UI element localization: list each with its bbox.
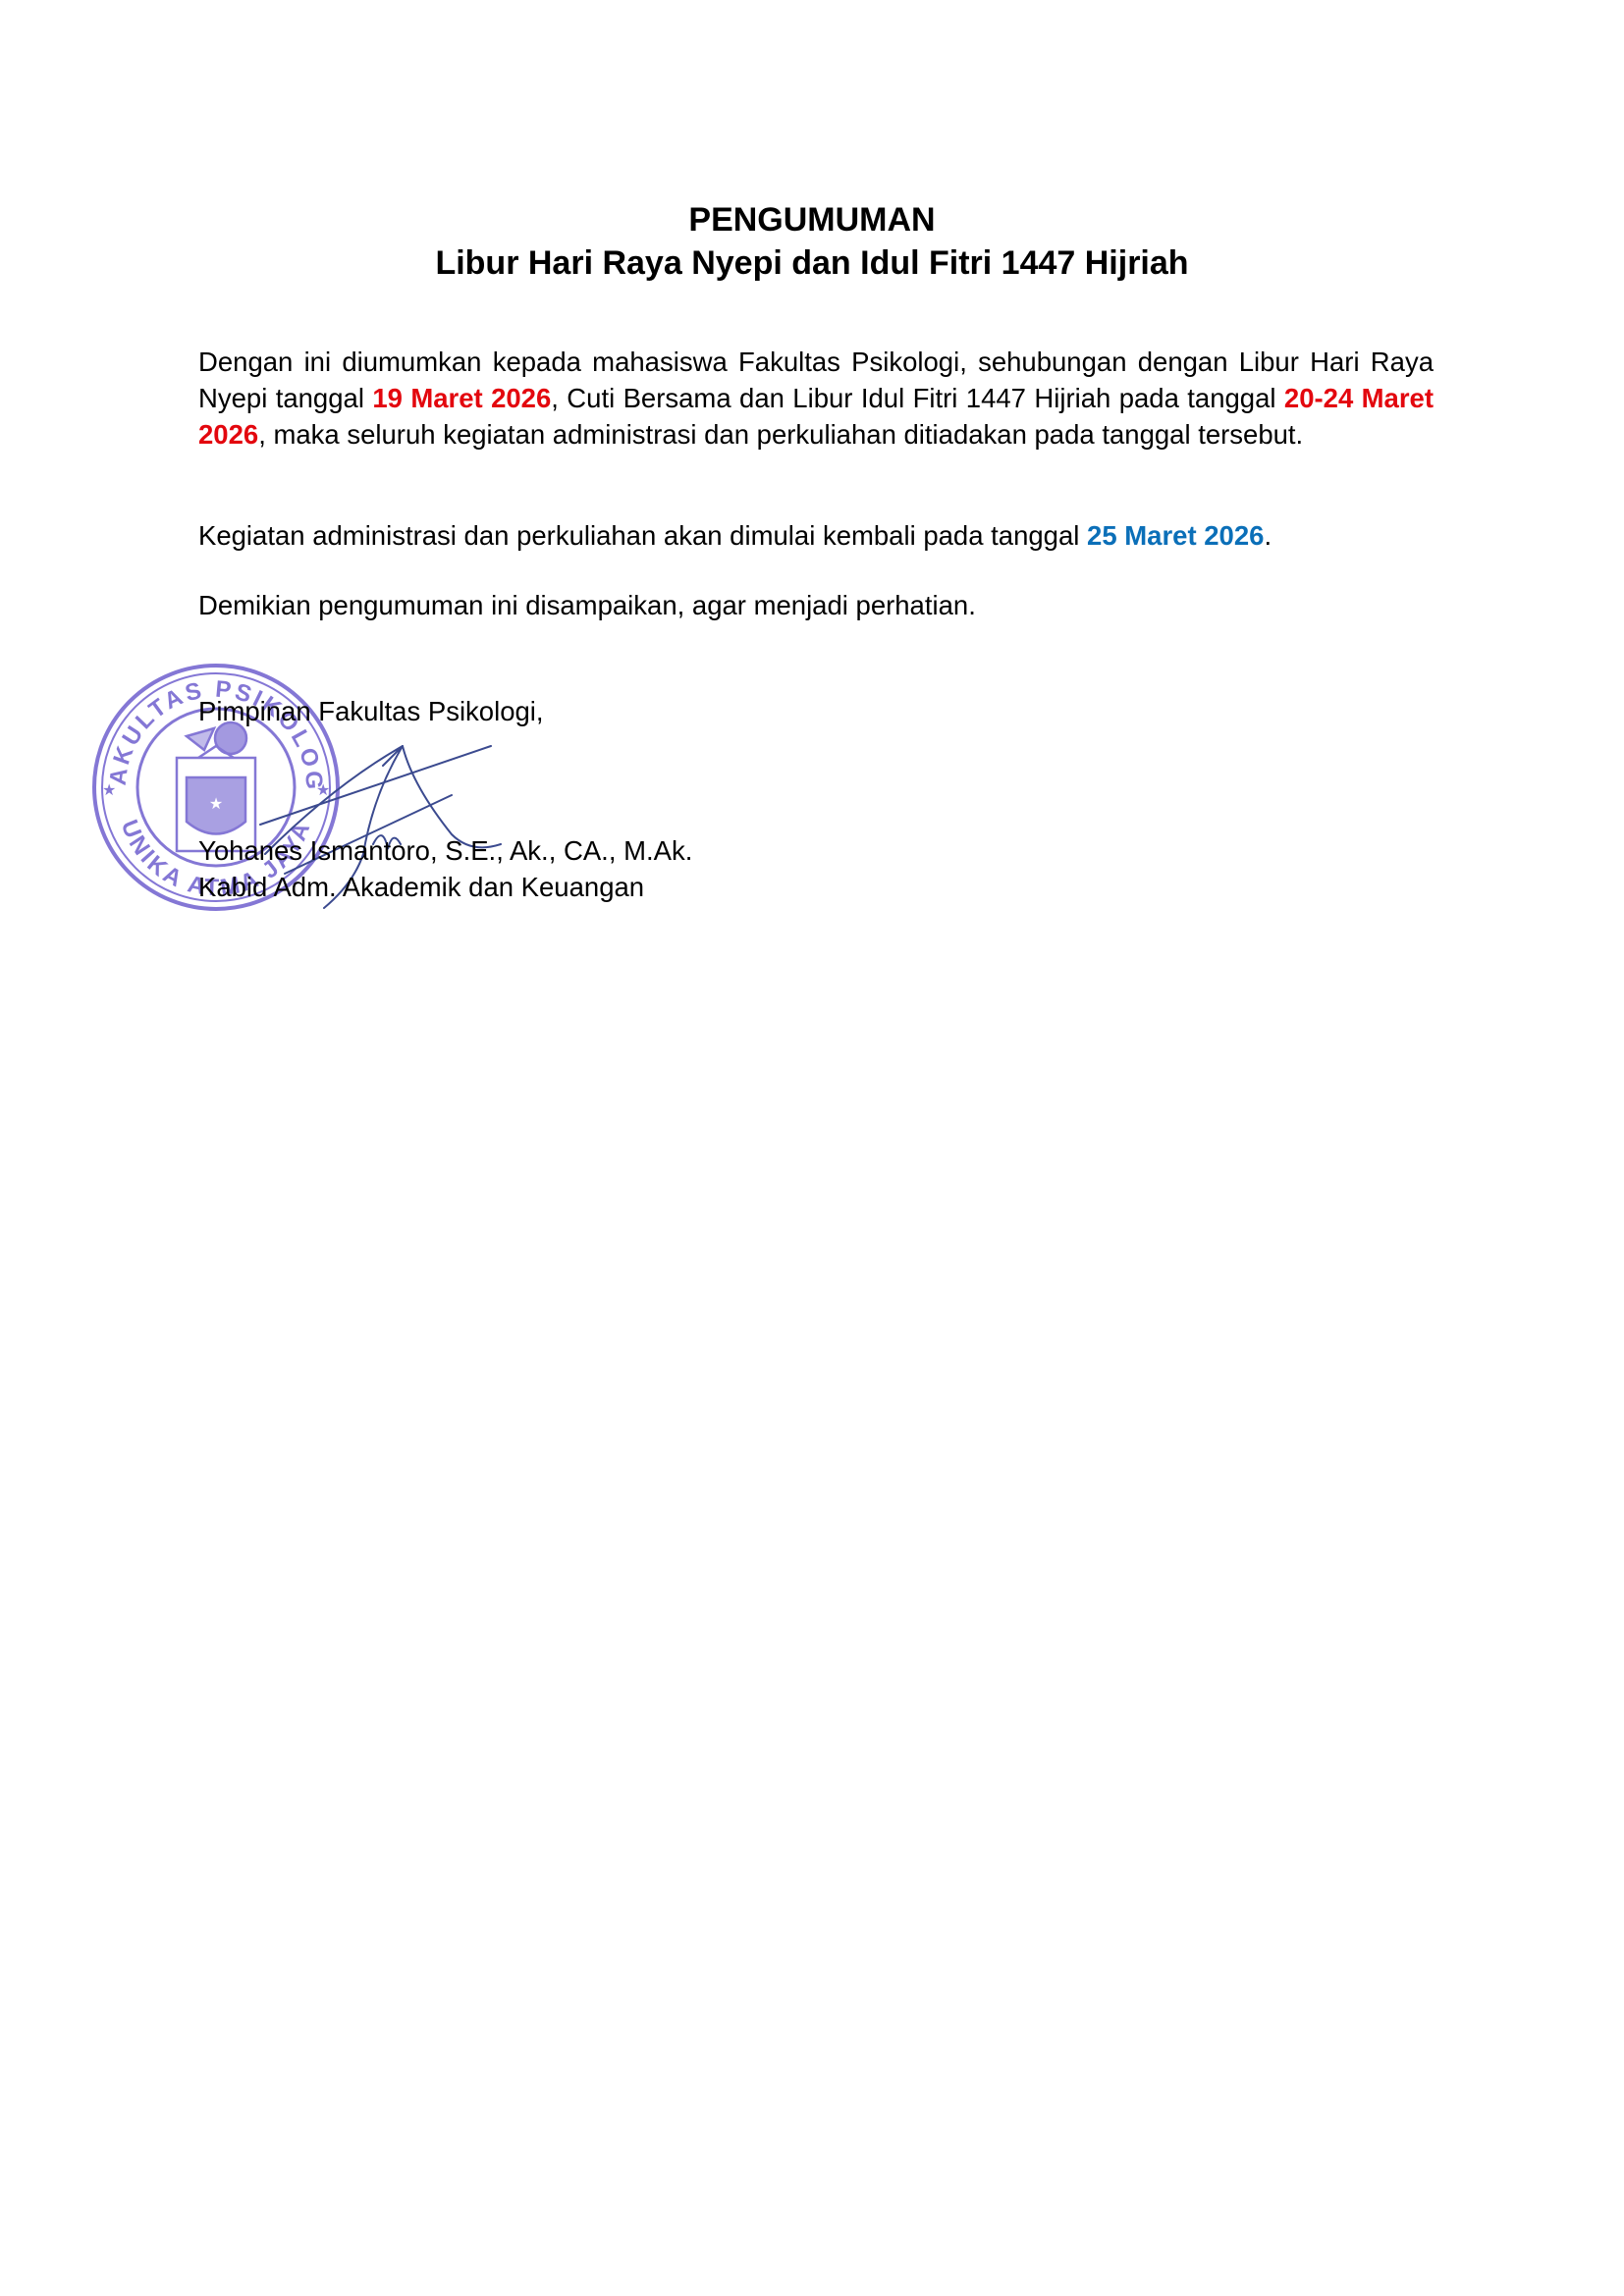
paragraph-closing: Demikian pengumuman ini disampaikan, aga… <box>198 587 1434 623</box>
paragraph-text: , maka seluruh kegiatan administrasi dan… <box>258 419 1303 450</box>
signature-opening: Pimpinan Fakultas Psikologi, <box>198 693 544 729</box>
paragraph-text: Kegiatan administrasi dan perkuliahan ak… <box>198 520 1087 551</box>
nyepi-date: 19 Maret 2026 <box>372 383 551 413</box>
title-block: PENGUMUMAN Libur Hari Raya Nyepi dan Idu… <box>0 198 1624 285</box>
announcement-page: PENGUMUMAN Libur Hari Raya Nyepi dan Idu… <box>0 0 1624 2296</box>
paragraph-text: , Cuti Bersama dan Libur Idul Fitri 1447… <box>551 383 1284 413</box>
svg-text:★: ★ <box>209 796 223 813</box>
svg-text:★: ★ <box>102 782 116 799</box>
resume-date: 25 Maret 2026 <box>1087 520 1264 551</box>
paragraph-text: . <box>1264 520 1272 551</box>
paragraph-resume-date: Kegiatan administrasi dan perkuliahan ak… <box>198 517 1434 554</box>
document-subheading: Libur Hari Raya Nyepi dan Idul Fitri 144… <box>0 241 1624 285</box>
signatory-role: Kabid Adm. Akademik dan Keuangan <box>198 869 644 905</box>
paragraph-holiday-dates: Dengan ini diumumkan kepada mahasiswa Fa… <box>198 344 1434 453</box>
signatory-name: Yohanes Ismantoro, S.E., Ak., CA., M.Ak. <box>198 832 692 869</box>
document-heading: PENGUMUMAN <box>0 198 1624 241</box>
